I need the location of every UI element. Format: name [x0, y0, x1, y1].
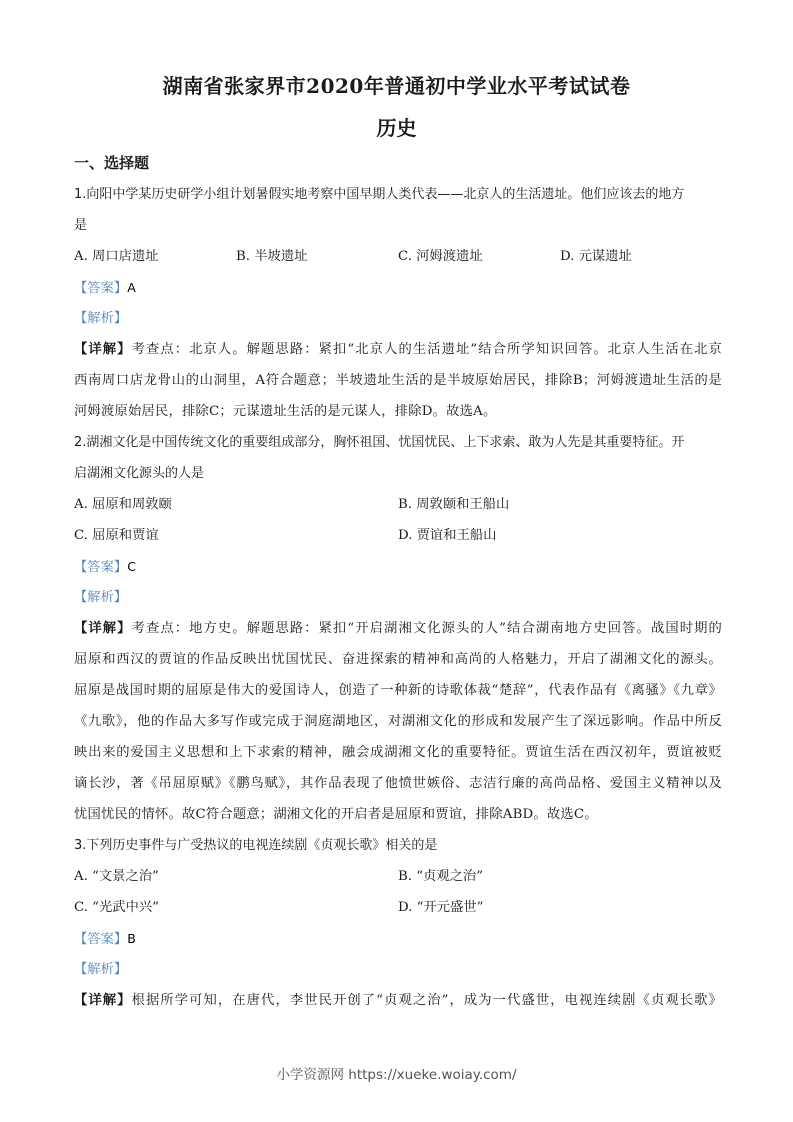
- question-stem-line: 启湖湘文化源头的人是: [74, 458, 722, 489]
- detail-line: 《九歌》，他的作品大多写作或完成于洞庭湖地区，对湖湘文化的形成和发展产生了深远影…: [74, 706, 722, 737]
- detail-line: 屈原是战国时期的屈原是伟大的爱国诗人，创造了一种新的诗歌体裁“楚辞”，代表作品有…: [74, 675, 722, 706]
- answer-line: 【答案】C: [74, 551, 722, 582]
- answer-label: 【答案】: [74, 932, 127, 947]
- detail-label: 【详解】: [74, 342, 132, 357]
- question-2: 2.湖湘文化是中国传统文化的重要组成部分，胸怀祖国、忧国忧民、上下求索、敢为人先…: [74, 427, 722, 830]
- document-title: 湖南省张家界市2020年普通初中学业水平考试试卷: [0, 70, 793, 99]
- detail-line: 映出来的爱国主义思想和上下求索的精神，融会成湖湘文化的重要特征。贾谊生活在西汉初…: [74, 737, 722, 768]
- options-row: A. 屈原和周敦颐 B. 周敦颐和王船山: [74, 489, 722, 520]
- analysis-label: 【解析】: [74, 590, 127, 605]
- detail-line: 【详解】考查点：地方史。解题思路：紧扣“开启湖湘文化源头的人”结合湖南地方史回答…: [74, 613, 722, 644]
- options-row: C. “光武中兴” D. “开元盛世”: [74, 892, 722, 923]
- analysis-line: 【解析】: [74, 303, 722, 334]
- analysis-line: 【解析】: [74, 582, 722, 613]
- document-page: 湖南省张家界市2020年普通初中学业水平考试试卷 历史 一、选择题 1.向阳中学…: [0, 0, 793, 1122]
- footer-watermark: 小学资源网 https://xueke.woiay.com/: [0, 1063, 793, 1083]
- section-heading: 一、选择题: [74, 148, 722, 179]
- analysis-line: 【解析】: [74, 954, 722, 985]
- answer-value: C: [127, 559, 136, 574]
- option-d: D. 元谋遗址: [560, 241, 722, 272]
- analysis-label: 【解析】: [74, 311, 127, 326]
- detail-line: 河姆渡原始居民，排除C；元谋遗址生活的是元谋人，排除D。故选A。: [74, 396, 722, 427]
- option-b: B. 半坡遗址: [236, 241, 398, 272]
- option-c: C. 河姆渡遗址: [398, 241, 560, 272]
- answer-line: 【答案】A: [74, 272, 722, 303]
- detail-line: 谪长沙，著《吊屈原赋》《鹏鸟赋》，其作品表现了他愤世嫉俗、志洁行廉的高尚品格、爱…: [74, 768, 722, 799]
- option-d: D. 贾谊和王船山: [398, 520, 722, 551]
- detail-text: 根据所学可知，在唐代，李世民开创了“贞观之治”，成为一代盛世，电视连续剧《贞观长…: [132, 993, 722, 1008]
- question-3: 3.下列历史事件与广受热议的电视连续剧《贞观长歌》相关的是 A. “文景之治” …: [74, 830, 722, 1016]
- question-stem-line: 2.湖湘文化是中国传统文化的重要组成部分，胸怀祖国、忧国忧民、上下求索、敢为人先…: [74, 427, 722, 458]
- question-1: 1.向阳中学某历史研学小组计划暑假实地考察中国早期人类代表——北京人的生活遗址。…: [74, 179, 722, 427]
- option-b: B. 周敦颐和王船山: [398, 489, 722, 520]
- detail-label: 【详解】: [74, 993, 132, 1008]
- option-a: A. 屈原和周敦颐: [74, 489, 398, 520]
- detail-line: 屈原和西汉的贾谊的作品反映出忧国忧民、奋进探索的精神和高尚的人格魅力，开启了湖湘…: [74, 644, 722, 675]
- detail-line: 西南周口店龙骨山的山洞里，A符合题意；半坡遗址生活的是半坡原始居民，排除B；河姆…: [74, 365, 722, 396]
- detail-label: 【详解】: [74, 621, 132, 636]
- options-row: C. 屈原和贾谊 D. 贾谊和王船山: [74, 520, 722, 551]
- detail-line: 【详解】根据所学可知，在唐代，李世民开创了“贞观之治”，成为一代盛世，电视连续剧…: [74, 985, 722, 1016]
- detail-text: 考查点：北京人。解题思路：紧扣“北京人的生活遗址”结合所学知识回答。北京人生活在…: [132, 342, 722, 357]
- question-stem-line: 是: [74, 210, 722, 241]
- option-c: C. 屈原和贾谊: [74, 520, 398, 551]
- answer-value: B: [127, 931, 136, 946]
- detail-line: 忧国忧民的情怀。故C符合题意；湖湘文化的开启者是屈原和贾谊，排除ABD。故选C。: [74, 799, 722, 830]
- question-stem-line: 1.向阳中学某历史研学小组计划暑假实地考察中国早期人类代表——北京人的生活遗址。…: [74, 179, 722, 210]
- option-d: D. “开元盛世”: [398, 892, 722, 923]
- answer-value: A: [127, 280, 136, 295]
- answer-line: 【答案】B: [74, 923, 722, 954]
- option-a: A. “文景之治”: [74, 861, 398, 892]
- document-body: 一、选择题 1.向阳中学某历史研学小组计划暑假实地考察中国早期人类代表——北京人…: [74, 148, 722, 1016]
- analysis-label: 【解析】: [74, 962, 127, 977]
- option-a: A. 周口店遗址: [74, 241, 236, 272]
- answer-label: 【答案】: [74, 560, 127, 575]
- options-row: A. “文景之治” B. “贞观之治”: [74, 861, 722, 892]
- detail-text: 考查点：地方史。解题思路：紧扣“开启湖湘文化源头的人”结合湖南地方史回答。战国时…: [132, 621, 722, 636]
- question-stem-line: 3.下列历史事件与广受热议的电视连续剧《贞观长歌》相关的是: [74, 830, 722, 861]
- answer-label: 【答案】: [74, 281, 127, 296]
- option-b: B. “贞观之治”: [398, 861, 722, 892]
- detail-line: 【详解】考查点：北京人。解题思路：紧扣“北京人的生活遗址”结合所学知识回答。北京…: [74, 334, 722, 365]
- options-row: A. 周口店遗址 B. 半坡遗址 C. 河姆渡遗址 D. 元谋遗址: [74, 241, 722, 272]
- option-c: C. “光武中兴”: [74, 892, 398, 923]
- document-subject: 历史: [0, 112, 793, 141]
